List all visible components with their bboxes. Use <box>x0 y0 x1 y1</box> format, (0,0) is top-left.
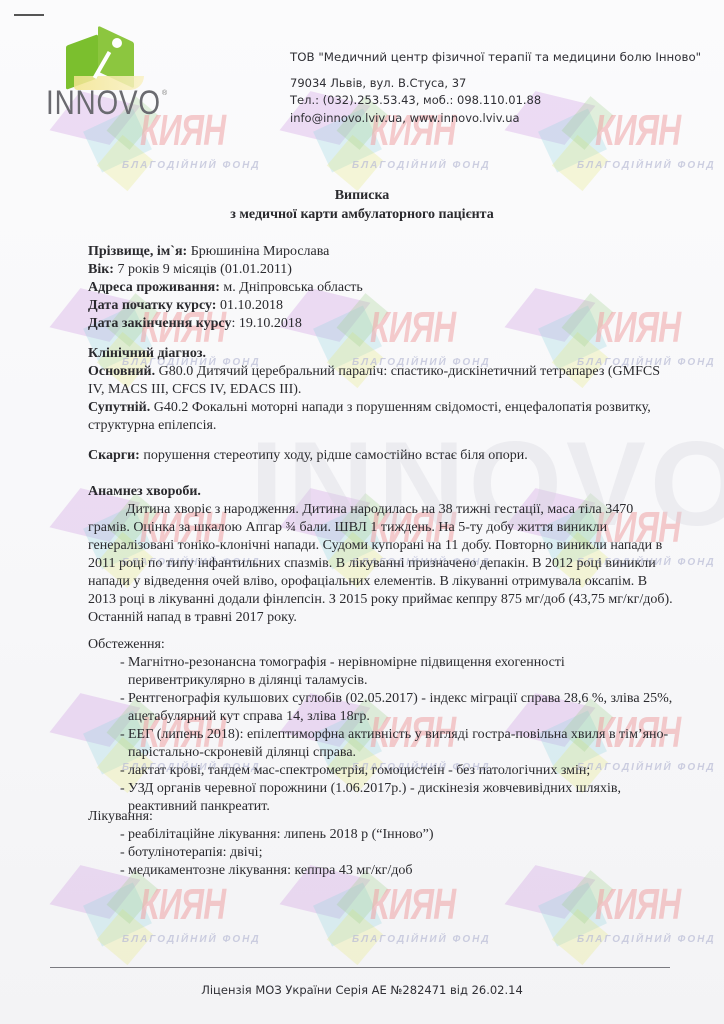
organization-name: ТОВ "Медичний центр фізичної терапії та … <box>290 52 701 64</box>
treatment-list: реабілітаційне лікування: липень 2018 р … <box>88 826 678 880</box>
organization-phones: Тел.: (032).253.53.43, моб.: 098.110.01.… <box>290 95 701 107</box>
examinations-list: Магнітно-резонансна томографія - нерівно… <box>88 654 678 816</box>
list-item: ботулінотерапія: двічі; <box>88 844 678 862</box>
concomitant-diagnosis: Супутній. G40.2 Фокальні моторні напади … <box>88 399 678 435</box>
anamnesis-text: Дитина хворіє з народження. Дитина народ… <box>88 501 678 627</box>
anamnesis-heading: Анамнез хвороби. <box>88 483 678 501</box>
examinations-heading: Обстеження: <box>88 636 678 654</box>
patient-age: Вік: 7 років 9 місяців (01.01.2011) <box>88 261 678 279</box>
patient-name: Прізвище, ім`я: Брюшиніна Мирослава <box>88 243 678 261</box>
list-item: лактат крові, тандем мас-спектрометрія, … <box>88 762 678 780</box>
main-diagnosis: Основний. G80.0 Дитячий церебральний пар… <box>88 363 678 399</box>
list-item: ЕЕГ (липень 2018): епілептиморфна активн… <box>88 726 678 762</box>
list-item: Магнітно-резонансна томографія - нерівно… <box>88 654 678 690</box>
complaints: Скарги: порушення стереотипу ходу, рідше… <box>88 447 678 465</box>
anamnesis: Анамнез хвороби. Дитина хворіє з народже… <box>88 483 678 627</box>
clinical-diagnosis: Клінічний діагноз. Основний. G80.0 Дитяч… <box>88 345 678 435</box>
course-start-date: Дата початку курсу: 01.10.2018 <box>88 297 678 315</box>
list-item: Рентгенографія кульшових суглобів (02.05… <box>88 690 678 726</box>
patient-info: Прізвище, ім`я: Брюшиніна Мирослава Вік:… <box>88 243 678 333</box>
course-end-date: Дата закінчення курсу: 19.10.2018 <box>88 315 678 333</box>
patient-address: Адреса проживання: м. Дніпровська област… <box>88 279 678 297</box>
license-footer: Ліцензія МОЗ України Серія АЕ №282471 ві… <box>0 983 724 997</box>
document-page: КИЯН БЛАГОДІЙНИЙ ФОНД КИЯН БЛАГОДІЙНИЙ Ф… <box>0 0 724 1024</box>
logo-person-icon <box>112 38 122 48</box>
innovo-logo: INNOVO ® <box>44 20 174 130</box>
organization-contacts: ТОВ "Медичний центр фізичної терапії та … <box>290 52 701 130</box>
footer-divider <box>50 967 670 968</box>
diagnosis-heading: Клінічний діагноз. <box>88 345 678 363</box>
treatment: Лікування: реабілітаційне лікування: лип… <box>88 808 678 880</box>
examinations: Обстеження: Магнітно-резонансна томограф… <box>88 636 678 816</box>
treatment-heading: Лікування: <box>88 808 678 826</box>
logo-text: INNOVO <box>46 84 161 123</box>
registered-mark: ® <box>162 90 167 97</box>
list-item: реабілітаційне лікування: липень 2018 р … <box>88 826 678 844</box>
scan-edge-mark <box>14 14 44 16</box>
list-item: медикаментозне лікування: кеппра 43 мг/к… <box>88 862 678 880</box>
organization-web: info@innovo.lviv.ua, www.innovo.lviv.ua <box>290 113 701 125</box>
document-title: Виписка з медичної карти амбулаторного п… <box>0 186 724 224</box>
organization-address: 79034 Львів, вул. В.Стуса, 37 <box>290 78 701 90</box>
